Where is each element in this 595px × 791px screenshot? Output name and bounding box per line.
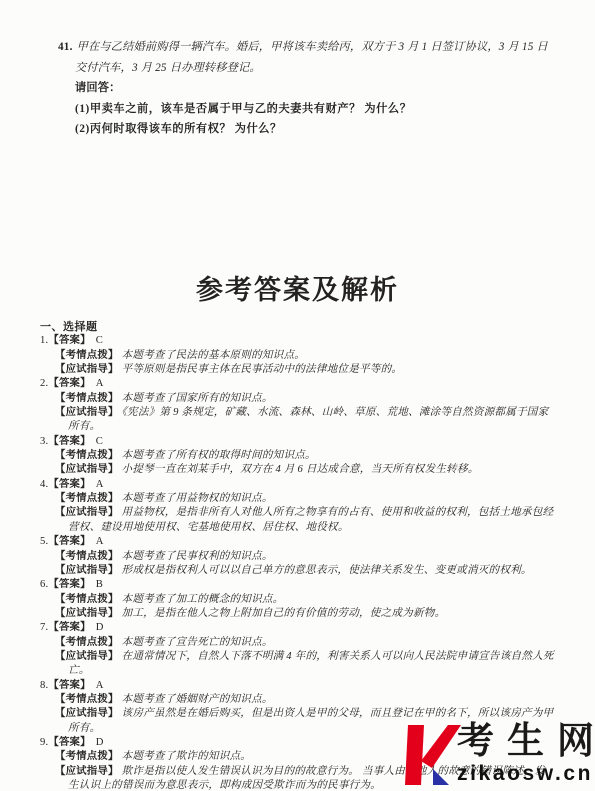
logo-k-left-bar xyxy=(405,725,424,785)
exam-point-text: 本题考查了国家所有的知识点。 xyxy=(122,393,273,404)
exam-point-line: 【考情点拨】本题考查了所有权的取得时间的知识点。 xyxy=(55,449,554,463)
exam-point-label: 【考情点拨】 xyxy=(55,751,119,762)
answer-line: 1.【答案】C xyxy=(40,334,554,348)
guidance-text: 加工，是指在他人之物上附加自己的有价值的劳动，使之成为新物。 xyxy=(122,608,446,619)
guidance-text: 用益物权，是指非所有人对他人所有之物享有的占有、使用和收益的权利，包括土地承包经… xyxy=(68,507,553,532)
guidance-line: 【应试指导】用益物权，是指非所有人对他人所有之物享有的占有、使用和收益的权利，包… xyxy=(55,506,554,535)
answer-letter: D xyxy=(96,622,104,633)
answer-line: 7.【答案】D xyxy=(40,621,554,635)
question-line-1: 41. 甲在与乙结婚前购得一辆汽车。婚后，甲将该车卖给丙，双方于 3 月 1 日… xyxy=(58,37,550,58)
exam-point-text: 本题考查了欺诈的知识点。 xyxy=(122,751,252,762)
logo-k-upper-arm xyxy=(421,725,461,768)
exam-point-line: 【考情点拨】本题考查了宣告死亡的知识点。 xyxy=(55,636,554,650)
answer-letter: C xyxy=(96,436,103,447)
page-title: 参考答案及解析 xyxy=(0,268,595,307)
exam-point-text: 本题考查了民事权利的知识点。 xyxy=(122,551,273,562)
section-heading: 一、选择题 xyxy=(40,320,554,334)
answer-label: 【答案】 xyxy=(48,622,90,633)
sub-question-2: (2)丙何时取得该车的所有权？ 为什么？ xyxy=(75,119,550,140)
guidance-text: 形成权是指权利人可以以自己单方的意思表示，使法律关系发生、变更或消灭的权利。 xyxy=(122,565,532,576)
logo-k-icon xyxy=(403,723,461,787)
guidance-line: 【应试指导】《宪法》第 9 条规定，矿藏、水流、森林、山岭、草原、荒地、滩涂等自… xyxy=(55,406,554,435)
answer-label: 【答案】 xyxy=(48,479,90,490)
guidance-line: 【应试指导】形成权是指权利人可以以自己单方的意思表示，使法律关系发生、变更或消灭… xyxy=(55,564,554,578)
question-number: 41. xyxy=(58,37,73,58)
exam-point-label: 【考情点拨】 xyxy=(55,637,119,648)
exam-point-line: 【考情点拨】本题考查了加工的概念的知识点。 xyxy=(55,593,554,607)
answer-letter: C xyxy=(96,335,103,346)
guidance-text: 《宪法》第 9 条规定，矿藏、水流、森林、山岭、草原、荒地、滩涂等自然资源都属于… xyxy=(68,407,548,432)
answer-label: 【答案】 xyxy=(48,436,90,447)
exam-point-label: 【考情点拨】 xyxy=(55,450,119,461)
exam-point-label: 【考情点拨】 xyxy=(55,694,119,705)
answer-letter: B xyxy=(96,579,103,590)
guidance-label: 【应试指导】 xyxy=(55,464,119,475)
question-41-block: 41. 甲在与乙结婚前购得一辆汽车。婚后，甲将该车卖给丙，双方于 3 月 1 日… xyxy=(58,37,550,140)
exam-point-text: 本题考查了用益物权的知识点。 xyxy=(122,493,273,504)
exam-point-text: 本题考查了所有权的取得时间的知识点。 xyxy=(122,450,316,461)
answer-item-4: 4.【答案】A 【考情点拨】本题考查了用益物权的知识点。 【应试指导】用益物权，… xyxy=(40,478,554,535)
site-logo-watermark: 考生网 zikaosw.cn xyxy=(403,723,595,787)
logo-k-lower-leg xyxy=(433,769,449,785)
exam-point-text: 本题考查了婚姻财产的知识点。 xyxy=(122,694,273,705)
site-name: 考生网 xyxy=(457,723,595,761)
answer-label: 【答案】 xyxy=(48,378,90,389)
answer-line: 6.【答案】B xyxy=(40,578,554,592)
guidance-line: 【应试指导】加工，是指在他人之物上附加自己的有价值的劳动，使之成为新物。 xyxy=(55,607,554,621)
exam-point-line: 【考情点拨】本题考查了用益物权的知识点。 xyxy=(55,492,554,506)
answer-line: 8.【答案】A xyxy=(40,679,554,693)
answer-item-7: 7.【答案】D 【考情点拨】本题考查了宣告死亡的知识点。 【应试指导】在通常情况… xyxy=(40,621,554,678)
answer-letter: A xyxy=(96,680,104,691)
guidance-label: 【应试指导】 xyxy=(55,364,119,375)
guidance-text: 在通常情况下，自然人下落不明满 4 年的，利害关系人可以向人民法院申请宣告该自然… xyxy=(68,651,554,676)
answer-label: 【答案】 xyxy=(48,680,90,691)
exam-point-text: 本题考查了加工的概念的知识点。 xyxy=(122,594,284,605)
answer-label: 【答案】 xyxy=(48,536,90,547)
guidance-label: 【应试指导】 xyxy=(55,766,119,777)
scanned-exam-answer-page: 41. 甲在与乙结婚前购得一辆汽车。婚后，甲将该车卖给丙，双方于 3 月 1 日… xyxy=(0,0,595,791)
answer-label: 【答案】 xyxy=(48,737,90,748)
logo-text-block: 考生网 zikaosw.cn xyxy=(457,723,595,786)
guidance-line: 【应试指导】平等原则是指民事主体在民事活动中的法律地位是平等的。 xyxy=(55,363,554,377)
guidance-label: 【应试指导】 xyxy=(55,608,119,619)
answer-item-1: 1.【答案】C 【考情点拨】本题考查了民法的基本原则的知识点。 【应试指导】平等… xyxy=(40,334,554,377)
sub-question-1: (1)甲卖车之前，该车是否属于甲与乙的夫妻共有财产？ 为什么？ xyxy=(75,99,550,120)
exam-point-text: 本题考查了宣告死亡的知识点。 xyxy=(122,637,273,648)
answer-item-2: 2.【答案】A 【考情点拨】本题考查了国家所有的知识点。 【应试指导】《宪法》第… xyxy=(40,377,554,434)
question-text: 甲在与乙结婚前购得一辆汽车。婚后，甲将该车卖给丙，双方于 3 月 1 日签订协议… xyxy=(77,37,548,58)
exam-point-label: 【考情点拨】 xyxy=(55,551,119,562)
exam-point-line: 【考情点拨】本题考查了民法的基本原则的知识点。 xyxy=(55,349,554,363)
guidance-label: 【应试指导】 xyxy=(55,565,119,576)
guidance-line: 【应试指导】在通常情况下，自然人下落不明满 4 年的，利害关系人可以向人民法院申… xyxy=(55,650,554,679)
answer-label: 【答案】 xyxy=(48,579,90,590)
answer-letter: A xyxy=(96,479,104,490)
exam-point-label: 【考情点拨】 xyxy=(55,594,119,605)
guidance-label: 【应试指导】 xyxy=(55,708,119,719)
guidance-text: 小提琴一直在刘某手中，双方在 4 月 6 日达成合意，当天所有权发生转移。 xyxy=(122,464,479,475)
exam-point-line: 【考情点拨】本题考查了婚姻财产的知识点。 xyxy=(55,693,554,707)
question-prompt: 请回答： xyxy=(75,78,550,99)
guidance-text: 平等原则是指民事主体在民事活动中的法律地位是平等的。 xyxy=(122,364,403,375)
exam-point-line: 【考情点拨】本题考查了国家所有的知识点。 xyxy=(55,392,554,406)
answer-item-5: 5.【答案】A 【考情点拨】本题考查了民事权利的知识点。 【应试指导】形成权是指… xyxy=(40,535,554,578)
answer-line: 4.【答案】A xyxy=(40,478,554,492)
exam-point-line: 【考情点拨】本题考查了民事权利的知识点。 xyxy=(55,550,554,564)
answer-letter: A xyxy=(96,536,104,547)
guidance-label: 【应试指导】 xyxy=(55,651,119,662)
exam-point-label: 【考情点拨】 xyxy=(55,393,119,404)
answer-letter: D xyxy=(96,737,104,748)
answer-item-3: 3.【答案】C 【考情点拨】本题考查了所有权的取得时间的知识点。 【应试指导】小… xyxy=(40,435,554,478)
answer-item-6: 6.【答案】B 【考情点拨】本题考查了加工的概念的知识点。 【应试指导】加工，是… xyxy=(40,578,554,621)
guidance-label: 【应试指导】 xyxy=(55,407,119,418)
answer-line: 2.【答案】A xyxy=(40,377,554,391)
answer-letter: A xyxy=(96,378,104,389)
question-line-2: 交付汽车，3 月 25 日办理转移登记。 xyxy=(75,58,550,79)
answer-line: 3.【答案】C xyxy=(40,435,554,449)
exam-point-label: 【考情点拨】 xyxy=(55,493,119,504)
guidance-line: 【应试指导】小提琴一直在刘某手中，双方在 4 月 6 日达成合意，当天所有权发生… xyxy=(55,463,554,477)
exam-point-text: 本题考查了民法的基本原则的知识点。 xyxy=(122,350,306,361)
answer-line: 5.【答案】A xyxy=(40,535,554,549)
site-url: zikaosw.cn xyxy=(457,762,595,786)
guidance-label: 【应试指导】 xyxy=(55,507,119,518)
answer-label: 【答案】 xyxy=(48,335,90,346)
exam-point-label: 【考情点拨】 xyxy=(55,350,119,361)
